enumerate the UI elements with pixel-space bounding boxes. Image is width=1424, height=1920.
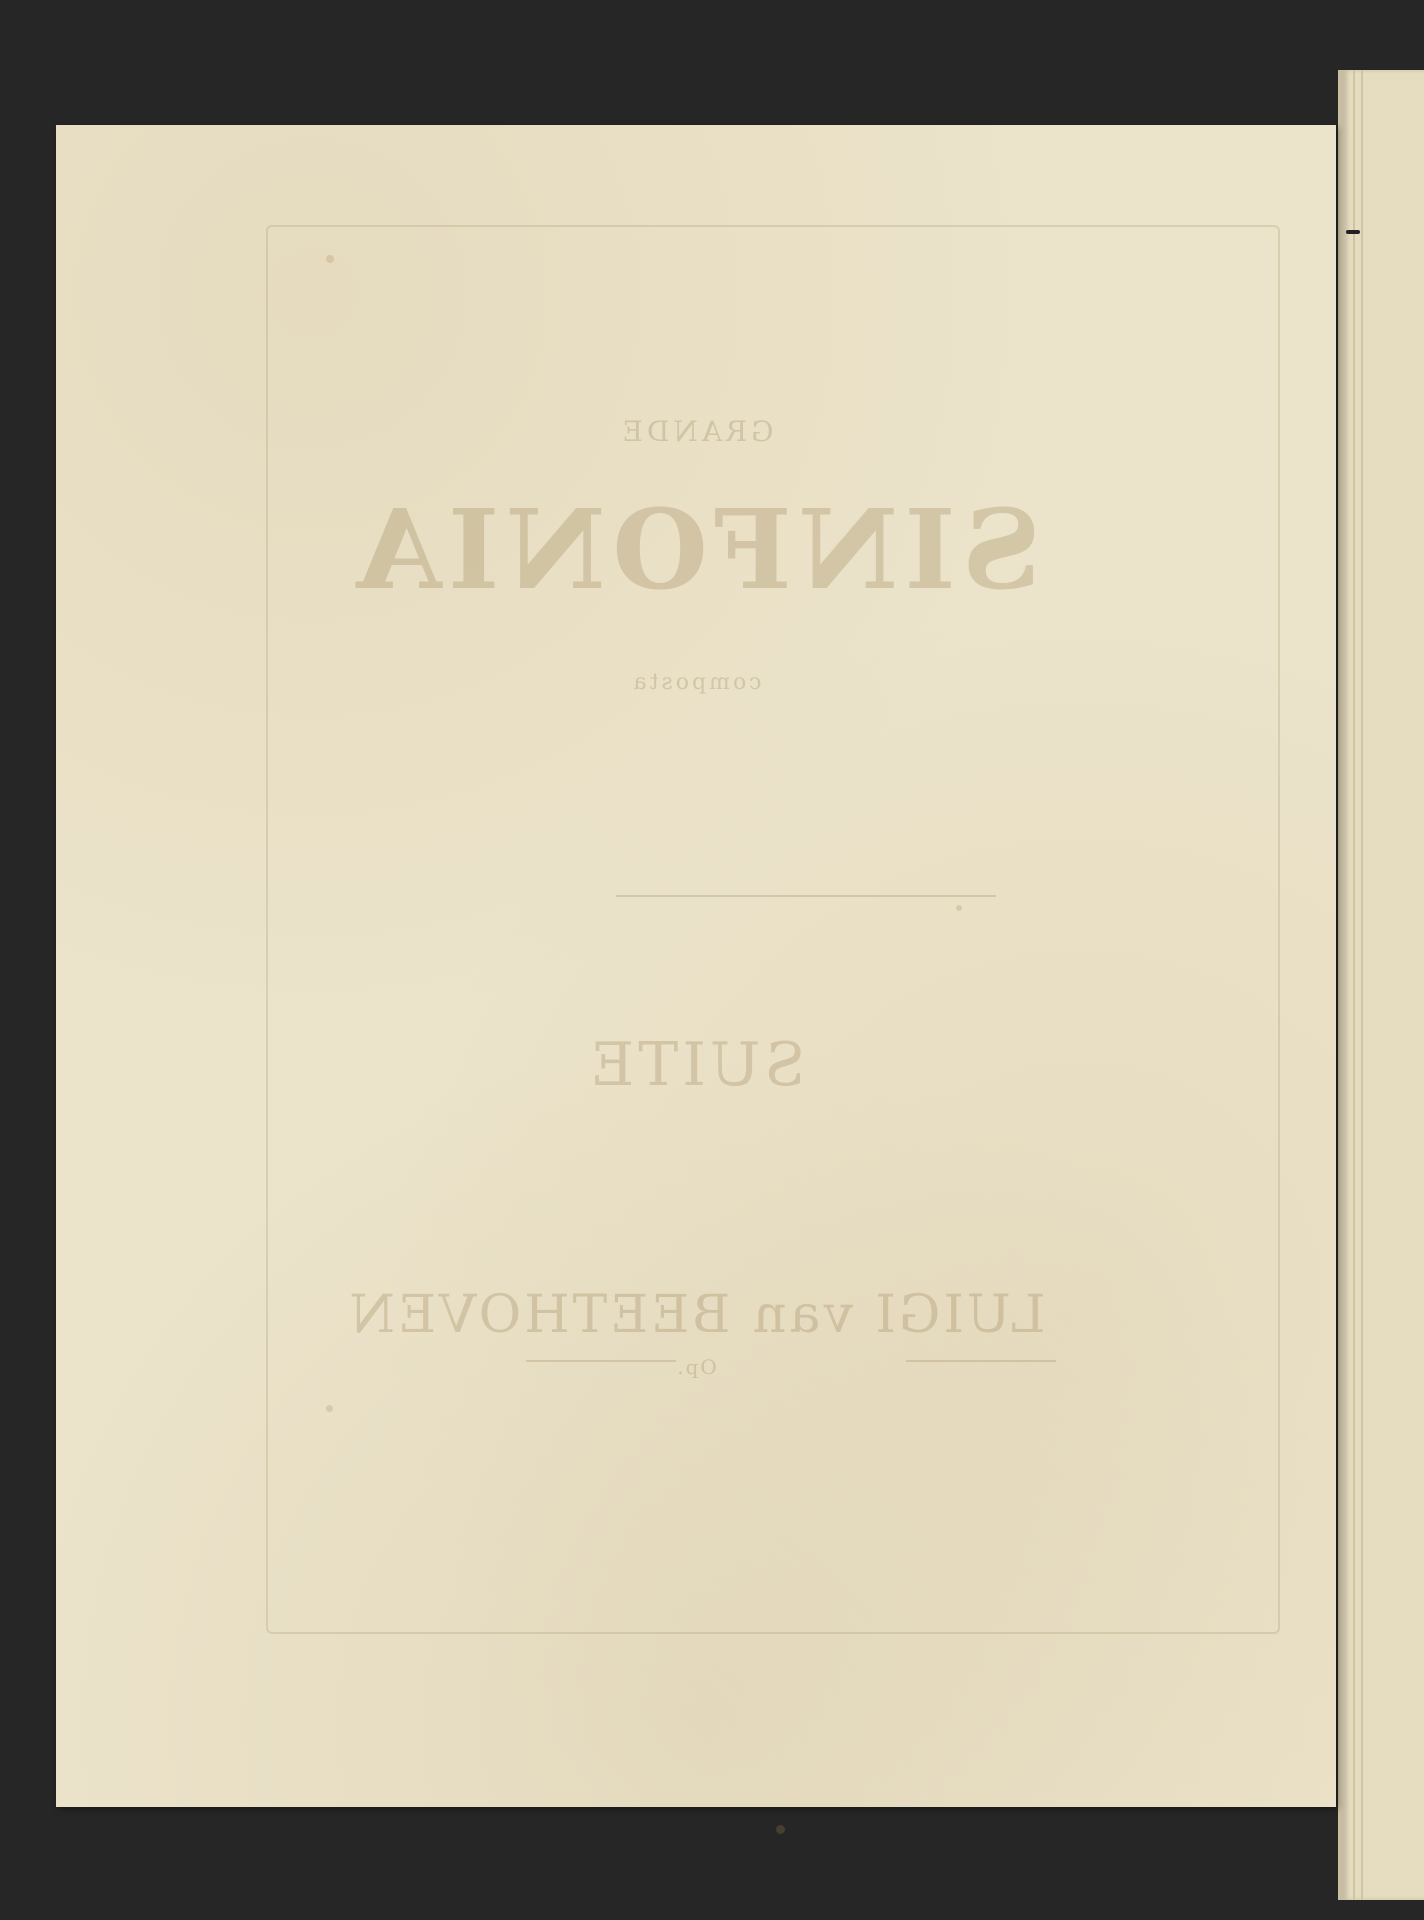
- foxing-spot: [776, 1825, 785, 1834]
- show-through-rule: [616, 895, 996, 897]
- show-through-line-4: SUITE: [56, 1030, 1336, 1100]
- paper-page: GRANDE SINFONIA composta SUITE LUIGI van…: [56, 125, 1336, 1807]
- foxing-spot: [326, 255, 334, 263]
- ink-mark: [1346, 230, 1360, 234]
- page-edge-line: [1361, 70, 1363, 1900]
- page-edge-line: [1353, 70, 1355, 1900]
- show-through-composer: LUIGI van BEETHOVEN: [56, 1285, 1336, 1345]
- show-through-line-3: composta: [56, 670, 1336, 695]
- page-stack-edge: [1338, 70, 1424, 1900]
- show-through-title: SINFONIA: [56, 485, 1336, 614]
- show-through-line-1: GRANDE: [56, 415, 1336, 448]
- foxing-spot: [326, 1405, 333, 1412]
- show-through-opus: Op.: [56, 1355, 1336, 1379]
- foxing-spot: [956, 905, 962, 911]
